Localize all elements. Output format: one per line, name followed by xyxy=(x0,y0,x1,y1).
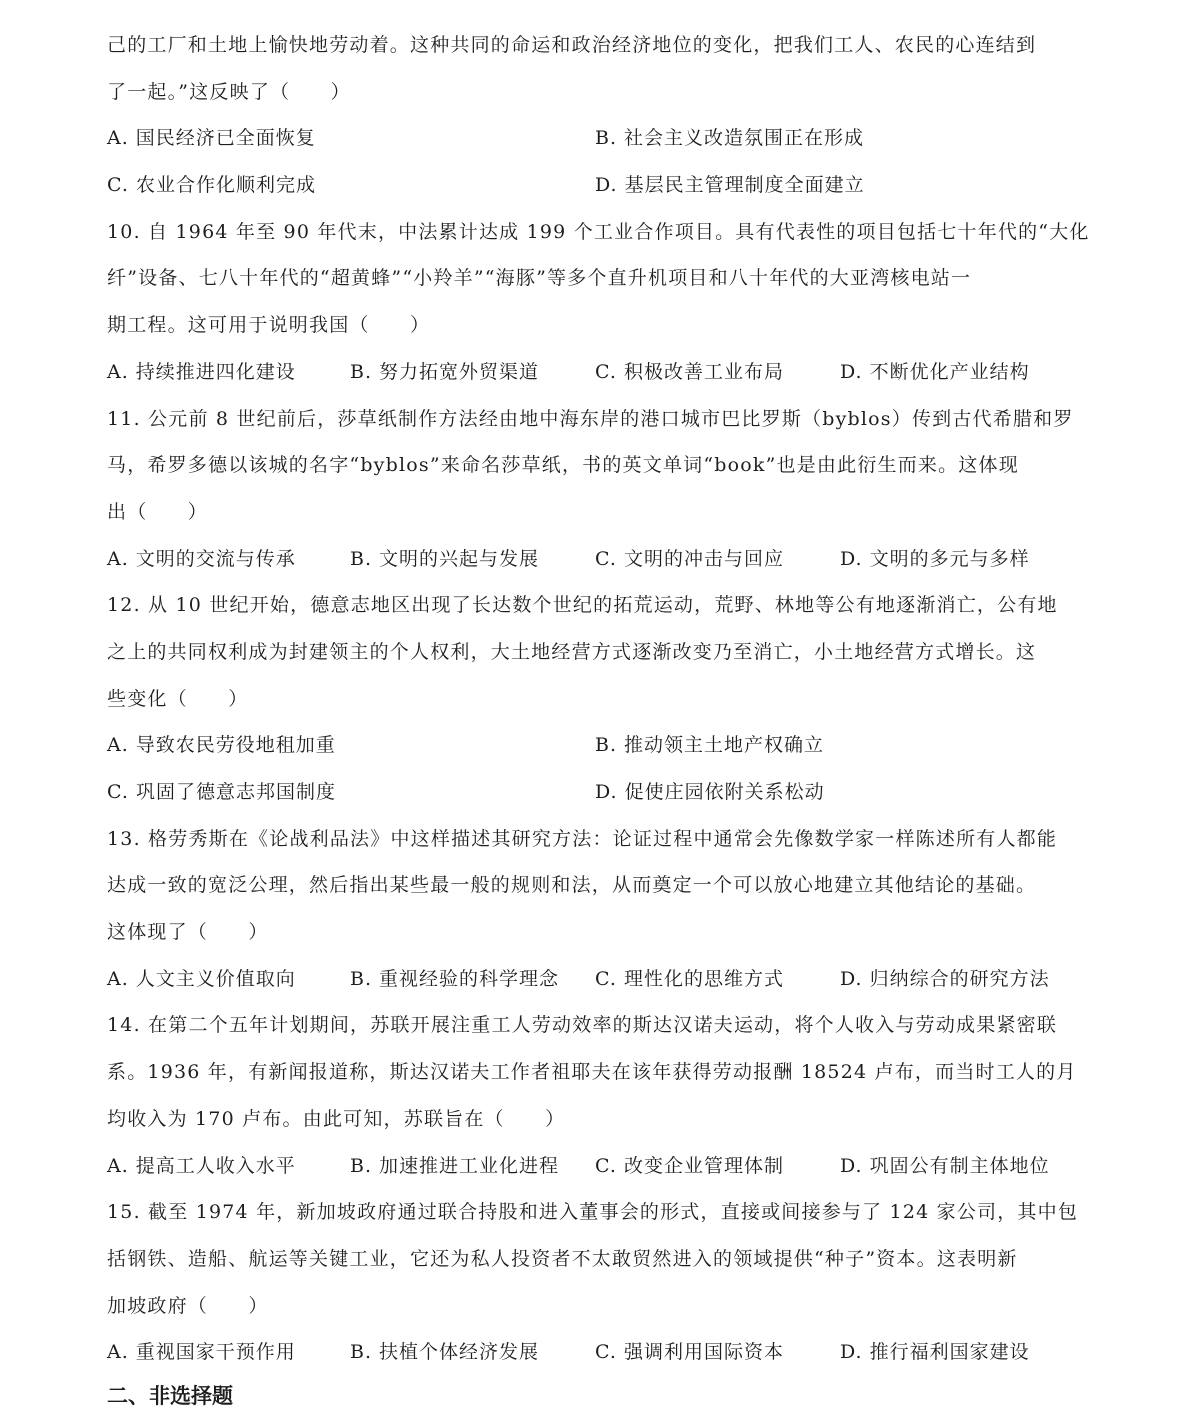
question-text-line: 期工程。这可用于说明我国（ ） xyxy=(107,302,1087,349)
option-c[interactable]: C. 巩固了德意志邦国制度 xyxy=(107,769,336,816)
question-text-line: 括钢铁、造船、航运等关键工业，它还为私人投资者不太敢贸然进入的领域提供“种子”资… xyxy=(107,1236,1087,1283)
question-text-line: 马，希罗多德以该城的名字“byblos”来命名莎草纸，书的英文单词“book”也… xyxy=(107,442,1087,489)
option-c[interactable]: C. 积极改善工业布局 xyxy=(595,349,784,396)
question-text-line: 14. 在第二个五年计划期间，苏联开展注重工人劳动效率的斯达汉诺夫运动，将个人收… xyxy=(107,1002,1087,1049)
question-text-line: 15. 截至 1974 年，新加坡政府通过联合持股和进入董事会的形式，直接或间接… xyxy=(107,1189,1087,1236)
option-c[interactable]: C. 改变企业管理体制 xyxy=(595,1143,784,1190)
question-text-line: 13. 格劳秀斯在《论战利品法》中这样描述其研究方法：论证过程中通常会先像数学家… xyxy=(107,816,1087,863)
option-b[interactable]: B. 加速推进工业化进程 xyxy=(350,1143,559,1190)
option-d[interactable]: D. 文明的多元与多样 xyxy=(840,536,1030,583)
options-row: A. 国民经济已全面恢复 B. 社会主义改造氛围正在形成 xyxy=(107,115,1087,162)
question-12: 12. 从 10 世纪开始，德意志地区出现了长达数个世纪的拓荒运动，荒野、林地等… xyxy=(107,582,1087,815)
option-a[interactable]: A. 人文主义价值取向 xyxy=(107,956,296,1003)
options-row: A. 重视国家干预作用 B. 扶植个体经济发展 C. 强调利用国际资本 D. 推… xyxy=(107,1329,1087,1376)
options-row: C. 巩固了德意志邦国制度 D. 促使庄园依附关系松动 xyxy=(107,769,1087,816)
option-d[interactable]: D. 巩固公有制主体地位 xyxy=(840,1143,1050,1190)
question-15: 15. 截至 1974 年，新加坡政府通过联合持股和进入董事会的形式，直接或间接… xyxy=(107,1189,1087,1376)
options-row: A. 持续推进四化建设 B. 努力拓宽外贸渠道 C. 积极改善工业布局 D. 不… xyxy=(107,349,1087,396)
option-b[interactable]: B. 扶植个体经济发展 xyxy=(350,1329,539,1376)
option-b[interactable]: B. 努力拓宽外贸渠道 xyxy=(350,349,539,396)
option-b[interactable]: B. 社会主义改造氛围正在形成 xyxy=(595,115,864,162)
question-11: 11. 公元前 8 世纪前后，莎草纸制作方法经由地中海东岸的港口城市巴比罗斯（b… xyxy=(107,396,1087,583)
question-13: 13. 格劳秀斯在《论战利品法》中这样描述其研究方法：论证过程中通常会先像数学家… xyxy=(107,816,1087,1003)
option-a[interactable]: A. 持续推进四化建设 xyxy=(107,349,296,396)
option-a[interactable]: A. 国民经济已全面恢复 xyxy=(107,115,316,162)
option-b[interactable]: B. 推动领主土地产权确立 xyxy=(595,722,824,769)
question-text-line: 这体现了（ ） xyxy=(107,909,1087,956)
question-text-line: 些变化（ ） xyxy=(107,676,1087,723)
option-c[interactable]: C. 文明的冲击与回应 xyxy=(595,536,784,583)
options-row: A. 导致农民劳役地租加重 B. 推动领主土地产权确立 xyxy=(107,722,1087,769)
option-d[interactable]: D. 归纳综合的研究方法 xyxy=(840,956,1050,1003)
question-text-line: 均收入为 170 卢布。由此可知，苏联旨在（ ） xyxy=(107,1096,1087,1143)
question-text-line: 11. 公元前 8 世纪前后，莎草纸制作方法经由地中海东岸的港口城市巴比罗斯（b… xyxy=(107,396,1087,443)
question-text-line: 10. 自 1964 年至 90 年代末，中法累计达成 199 个工业合作项目。… xyxy=(107,209,1087,256)
option-d[interactable]: D. 不断优化产业结构 xyxy=(840,349,1030,396)
options-row: A. 提高工人收入水平 B. 加速推进工业化进程 C. 改变企业管理体制 D. … xyxy=(107,1143,1087,1190)
question-text-line: 加坡政府（ ） xyxy=(107,1283,1087,1330)
options-row: C. 农业合作化顺利完成 D. 基层民主管理制度全面建立 xyxy=(107,162,1087,209)
question-text-line: 12. 从 10 世纪开始，德意志地区出现了长达数个世纪的拓荒运动，荒野、林地等… xyxy=(107,582,1087,629)
option-d[interactable]: D. 促使庄园依附关系松动 xyxy=(595,769,825,816)
question-9: 己的工厂和土地上愉快地劳动着。这种共同的命运和政治经济地位的变化，把我们工人、农… xyxy=(107,22,1087,209)
option-b[interactable]: B. 重视经验的科学理念 xyxy=(350,956,559,1003)
question-14: 14. 在第二个五年计划期间，苏联开展注重工人劳动效率的斯达汉诺夫运动，将个人收… xyxy=(107,1002,1087,1189)
options-row: A. 文明的交流与传承 B. 文明的兴起与发展 C. 文明的冲击与回应 D. 文… xyxy=(107,536,1087,583)
question-10: 10. 自 1964 年至 90 年代末，中法累计达成 199 个工业合作项目。… xyxy=(107,209,1087,396)
section-heading: 二、非选择题 xyxy=(107,1376,1087,1416)
option-c[interactable]: C. 农业合作化顺利完成 xyxy=(107,162,316,209)
option-a[interactable]: A. 提高工人收入水平 xyxy=(107,1143,296,1190)
question-text-line: 达成一致的宽泛公理，然后指出某些最一般的规则和法，从而奠定一个可以放心地建立其他… xyxy=(107,862,1087,909)
option-c[interactable]: C. 强调利用国际资本 xyxy=(595,1329,784,1376)
option-a[interactable]: A. 导致农民劳役地租加重 xyxy=(107,722,336,769)
question-text-line: 出（ ） xyxy=(107,489,1087,536)
question-text-line: 了一起。”这反映了（ ） xyxy=(107,69,1087,116)
option-a[interactable]: A. 重视国家干预作用 xyxy=(107,1329,296,1376)
question-text-line: 之上的共同权利成为封建领主的个人权利，大土地经营方式逐渐改变乃至消亡，小土地经营… xyxy=(107,629,1087,676)
question-text-line: 己的工厂和土地上愉快地劳动着。这种共同的命运和政治经济地位的变化，把我们工人、农… xyxy=(107,22,1087,69)
option-d[interactable]: D. 基层民主管理制度全面建立 xyxy=(595,162,865,209)
option-b[interactable]: B. 文明的兴起与发展 xyxy=(350,536,539,583)
option-d[interactable]: D. 推行福利国家建设 xyxy=(840,1329,1030,1376)
question-text-line: 纤”设备、七八十年代的“超黄蜂”“小羚羊”“海豚”等多个直升机项目和八十年代的大… xyxy=(107,255,1087,302)
option-c[interactable]: C. 理性化的思维方式 xyxy=(595,956,784,1003)
question-text-line: 系。1936 年，有新闻报道称，斯达汉诺夫工作者祖耶夫在该年获得劳动报酬 185… xyxy=(107,1049,1087,1096)
option-a[interactable]: A. 文明的交流与传承 xyxy=(107,536,296,583)
exam-page: 己的工厂和土地上愉快地劳动着。这种共同的命运和政治经济地位的变化，把我们工人、农… xyxy=(107,22,1087,1416)
options-row: A. 人文主义价值取向 B. 重视经验的科学理念 C. 理性化的思维方式 D. … xyxy=(107,956,1087,1003)
